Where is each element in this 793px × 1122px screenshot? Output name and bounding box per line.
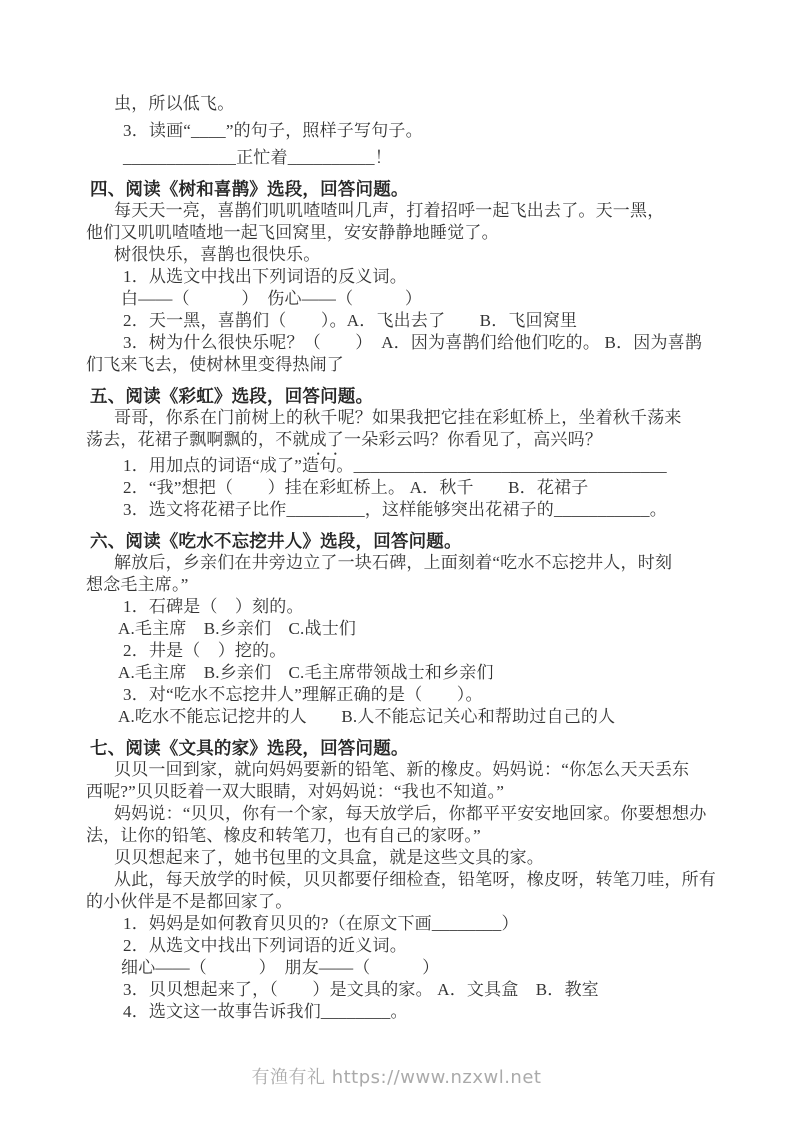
answer-options-line: A.毛主席 B.乡亲们 C.毛主席带领战士和乡亲们 [86,662,707,684]
intro-question-line: 3．读画“____”的句子，照样子写句子。 [86,120,707,142]
passage-line: 从此，每天放学的时候，贝贝都要仔细检查，铅笔呀，橡皮呀，转笔刀哇，所有 [86,869,707,891]
question-line: 1．石碑是（ ）刻的。 [86,596,707,618]
passage-line: 西呢?”贝贝眨着一双大眼睛，对妈妈说：“我也不知道。” [86,781,707,803]
passage-line: 解放后，乡亲们在井旁边立了一块石碑，上面刻着“吃水不忘挖井人，时刻 [86,552,707,574]
fill-in-blank-line: 白——（ ） 伤心——（ ） [86,288,707,310]
section-five: 五、阅读《彩虹》选段，回答问题。 哥哥，你系在门前树上的秋千呢？如果我把它挂在彩… [86,385,707,521]
question-line: 1．妈妈是如何教育贝贝的?（在原文下画________） [86,913,707,935]
question-line: 1．从选文中找出下列词语的反义词。 [86,266,707,288]
fill-in-blank-line: 细心——（ ） 朋友——（ ） [86,957,707,979]
worksheet-page: 虫，所以低飞。 3．读画“____”的句子，照样子写句子。 __________… [0,0,793,1122]
section-four: 四、阅读《树和喜鹊》选段，回答问题。 每天天一亮，喜鹊们叽叽喳喳叫几声，打着招呼… [86,178,707,376]
emphasis-post: 一朵彩云吗？你看见了，高兴吗？ [344,430,602,449]
question-line: 2．从选文中找出下列词语的近义词。 [86,935,707,957]
emphasized-word: 成了 [310,430,344,449]
answer-options-line: A.毛主席 B.乡亲们 C.战士们 [86,618,707,640]
passage-line: 贝贝一回到家，就向妈妈要新的铅笔、新的橡皮。妈妈说：“你怎么天天丢东 [86,759,707,781]
passage-line: 贝贝想起来了，她书包里的文具盒，就是这些文具的家。 [86,847,707,869]
footer-watermark: 有渔有礼 https://www.nzxwl.net [0,1063,793,1089]
passage-line-with-emphasis: 荡去，花裙子飘啊飘的，不就成了一朵彩云吗？你看见了，高兴吗？ [86,429,707,451]
section-seven-heading: 七、阅读《文具的家》选段，回答问题。 [90,737,707,759]
question-line: 2．“我”想把（ ）挂在彩虹桥上。 A．秋千 B．花裙子 [86,477,707,499]
passage-line: 哥哥，你系在门前树上的秋千呢？如果我把它挂在彩虹桥上，坐着秋千荡来 [86,407,707,429]
question-line: 3．树为什么很快乐呢？（ ） A．因为喜鹊们给他们吃的。 B．因为喜鹊 [86,332,707,354]
section-six-heading: 六、阅读《吃水不忘挖井人》选段，回答问题。 [90,530,707,552]
intro-block: 虫，所以低飞。 3．读画“____”的句子，照样子写句子。 __________… [86,93,707,169]
question-continuation-line: 们飞来飞去，使树林里变得热闹了 [86,354,707,376]
emphasis-pre: 荡去，花裙子飘啊飘的，不就 [86,430,310,449]
section-seven: 七、阅读《文具的家》选段，回答问题。 贝贝一回到家，就向妈妈要新的铅笔、新的橡皮… [86,737,707,1023]
section-six: 六、阅读《吃水不忘挖井人》选段，回答问题。 解放后，乡亲们在井旁边立了一块石碑，… [86,530,707,728]
passage-line: 妈妈说：“贝贝，你有一个家，每天放学后，你都平平安安地回家。你要想想办 [86,803,707,825]
section-five-heading: 五、阅读《彩虹》选段，回答问题。 [90,385,707,407]
passage-line: 他们又叽叽喳喳地一起飞回窝里，安安静静地睡觉了。 [86,222,707,244]
question-line: 3．选文将花裙子比作_________，这样能够突出花裙子的__________… [86,499,707,521]
question-line: 3．贝贝想起来了，（ ）是文具的家。 A．文具盒 B．教室 [86,979,707,1001]
passage-line: 树很快乐，喜鹊也很快乐。 [86,244,707,266]
passage-line: 想念毛主席。” [86,574,707,596]
passage-line: 每天天一亮，喜鹊们叽叽喳喳叫几声，打着招呼一起飞出去了。天一黑， [86,200,707,222]
passage-line: 的小伙伴是不是都回家了。 [86,891,707,913]
answer-options-line: A.吃水不能忘记挖井的人 B.人不能忘记关心和帮助过自己的人 [86,706,707,728]
question-line: 2．井是（ ）挖的。 [86,640,707,662]
question-line: 4．选文这一故事告诉我们________。 [86,1001,707,1023]
passage-line: 法，让你的铅笔、橡皮和转笔刀，也有自己的家呀。” [86,825,707,847]
question-line: 3．对“吃水不忘挖井人”理解正确的是（ ）。 [86,684,707,706]
question-line: 1．用加点的词语“成了”造句。_________________________… [86,455,707,477]
section-four-heading: 四、阅读《树和喜鹊》选段，回答问题。 [90,178,707,200]
intro-continuation-line: 虫，所以低飞。 [86,93,707,115]
intro-blank-line: _____________正忙着__________！ [86,147,707,169]
question-line: 2．天一黑，喜鹊们（ ）。A．飞出去了 B．飞回窝里 [86,310,707,332]
